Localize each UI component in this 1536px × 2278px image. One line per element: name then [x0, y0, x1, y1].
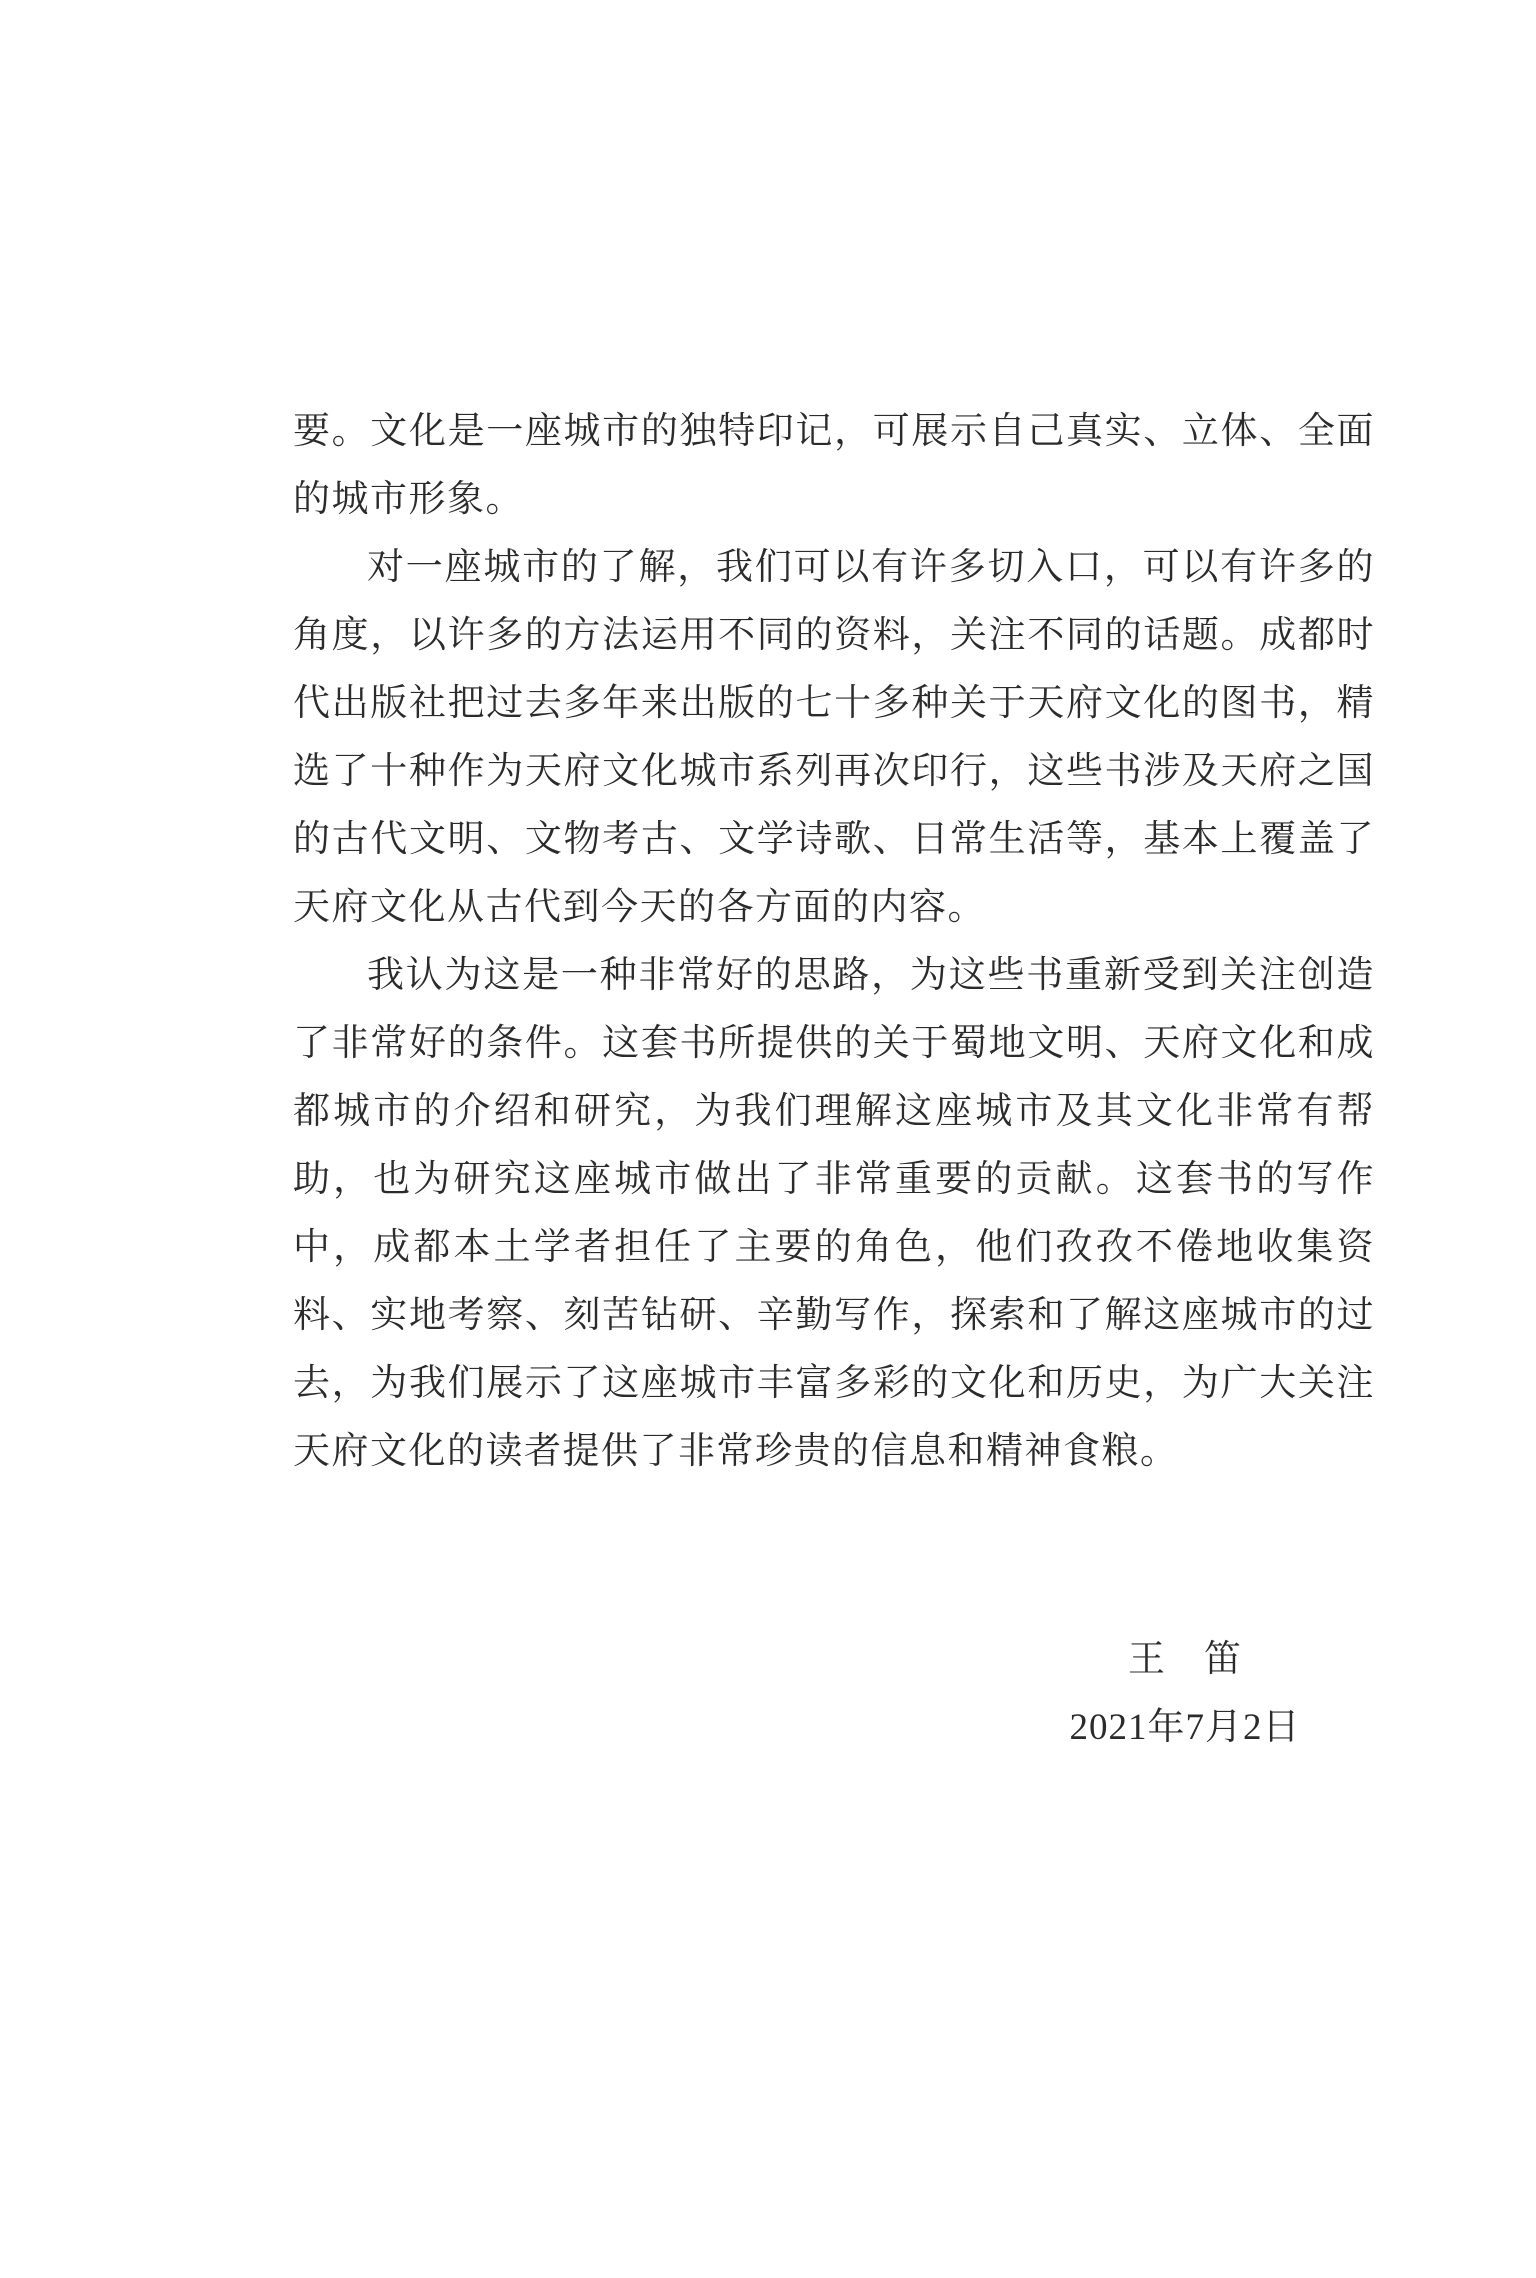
author-signature: 王 笛 [1015, 1626, 1355, 1694]
preface-body: 要。文化是一座城市的独特印记，可展示自己真实、立体、全面的城市形象。 对一座城市… [293, 398, 1375, 1486]
signature-date: 2021年7月2日 [1015, 1694, 1355, 1762]
signature-block: 王 笛 2021年7月2日 [1015, 1626, 1355, 1762]
body-paragraph: 对一座城市的了解，我们可以有许多切入口，可以有许多的角度，以许多的方法运用不同的… [293, 534, 1375, 942]
document-page: 要。文化是一座城市的独特印记，可展示自己真实、立体、全面的城市形象。 对一座城市… [0, 0, 1536, 2278]
body-paragraph: 我认为这是一种非常好的思路，为这些书重新受到关注创造了非常好的条件。这套书所提供… [293, 942, 1375, 1486]
body-paragraph: 要。文化是一座城市的独特印记，可展示自己真实、立体、全面的城市形象。 [293, 398, 1375, 534]
